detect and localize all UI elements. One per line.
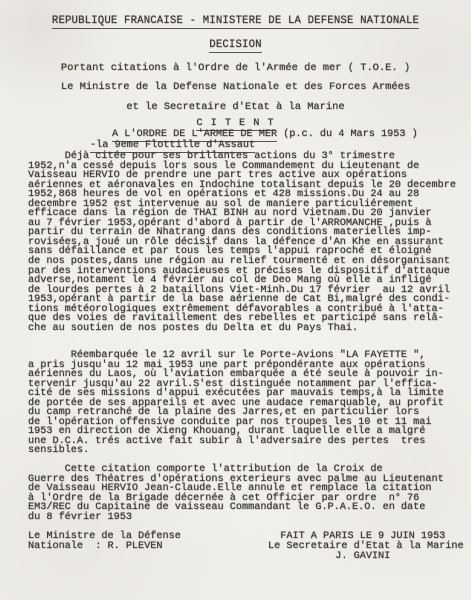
decision-title: DECISION — [0, 39, 471, 51]
text-line: che au soutien de nos postes du Delta et… — [28, 324, 456, 334]
header-title: REPUBLIQUE FRANCAISE - MINISTERE DE LA D… — [0, 15, 471, 27]
header-title-text: REPUBLIQUE FRANCAISE - MINISTERE DE LA D… — [52, 15, 419, 29]
text-line: sensibles. — [28, 446, 444, 456]
citation-paragraph-3: Cette citation comporte l'attribution de… — [28, 465, 444, 522]
text-line: du 8 février 1953 — [28, 513, 444, 523]
document-page: REPUBLIQUE FRANCAISE - MINISTERE DE LA D… — [0, 0, 471, 600]
unit-name: -la 9eme Flottille d'Assaut — [90, 141, 255, 151]
text-line: J. GAVINI — [268, 552, 464, 562]
subtitle-block: Portant citations à l'Ordre de l'Armée d… — [0, 59, 471, 117]
text-line: Nationale : R. PLEVEN — [28, 542, 181, 552]
citent-heading: C I T E N T — [0, 119, 471, 129]
text-line: et le Secretaire d'Etat à la Marine — [0, 98, 471, 117]
text-line: une D.C.A. trés active fait subir à l'ad… — [28, 437, 444, 447]
order-line-suffix: (p.c. du 4 Mars 1953 ) — [277, 129, 418, 140]
text-line: Le Ministre de la Defense Nationale et d… — [0, 78, 471, 97]
decision-title-text: DECISION — [209, 39, 261, 53]
citation-paragraph-1: Déjà citée pour ses brillantes actions d… — [28, 152, 456, 333]
text-line: Portant citations à l'Ordre de l'Armée d… — [0, 59, 471, 78]
signature-left: Le Ministre de la DéfenseNationale : R. … — [28, 532, 181, 552]
signature-right: FAIT A PARIS LE 9 JUIN 1953Le Secretaire… — [268, 532, 464, 562]
order-line: A L'ORDRE DE L'ARMEE DE MER (p.c. du 4 M… — [112, 130, 418, 140]
citation-paragraph-2: Réembarquée le 12 avril sur le Porte-Avi… — [28, 351, 444, 456]
